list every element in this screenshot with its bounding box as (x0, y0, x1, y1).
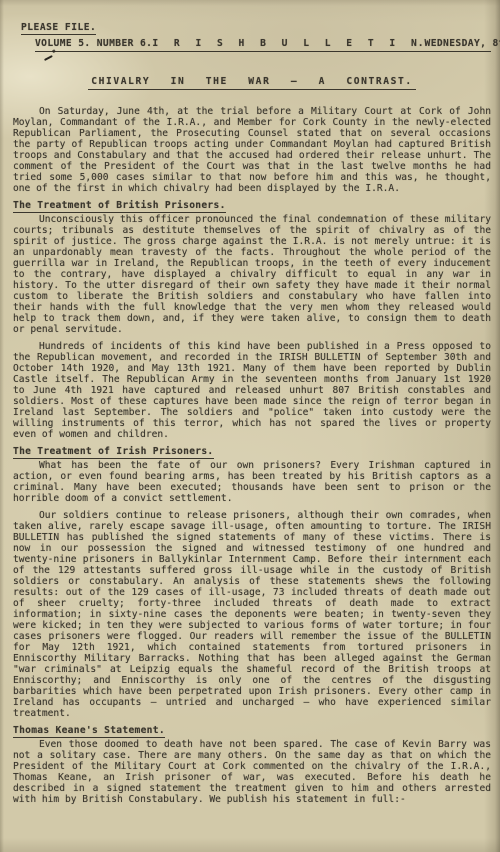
pen-mark-icon (44, 55, 53, 61)
paragraph-released-unhurt: Hundreds of incidents of this kind have … (13, 341, 491, 440)
document-page: PLEASE FILE. VOLUME 5. NUMBER 6. I R I S… (0, 0, 500, 852)
section-heading-irish-prisoners: The Treatment of Irish Prisoners. (13, 446, 214, 459)
section-heading-thomas-keane: Thomas Keane's Statement. (13, 725, 165, 738)
headline-text: CHIVALRY IN THE WAR — A CONTRAST. (88, 76, 415, 90)
paragraph-condemnation: Unconsciously this officer pronounced th… (13, 214, 491, 335)
masthead: VOLUME 5. NUMBER 6. I R I S H B U L L E … (35, 38, 491, 52)
file-note: PLEASE FILE. (21, 22, 96, 35)
paragraph-keane-execution: Even those doomed to death have not been… (13, 739, 491, 805)
volume-number: VOLUME 5. NUMBER 6. (35, 38, 152, 49)
paragraph-ballykinlar-analysis: Our soldiers continue to release prisone… (13, 510, 491, 719)
paragraph-moylan-trial: On Saturday, June 4th, at the trial befo… (13, 106, 491, 194)
issue-date: WEDNESDAY, 8th JUNE '21. (425, 38, 500, 49)
headline: CHIVALRY IN THE WAR — A CONTRAST. (13, 76, 491, 90)
bulletin-title: I R I S H B U L L E T I N. (152, 38, 424, 49)
section-heading-british-prisoners: The Treatment of British Prisoners. (13, 200, 226, 213)
paragraph-fate-of-prisoners: What has been the fate of our own prison… (13, 460, 491, 504)
